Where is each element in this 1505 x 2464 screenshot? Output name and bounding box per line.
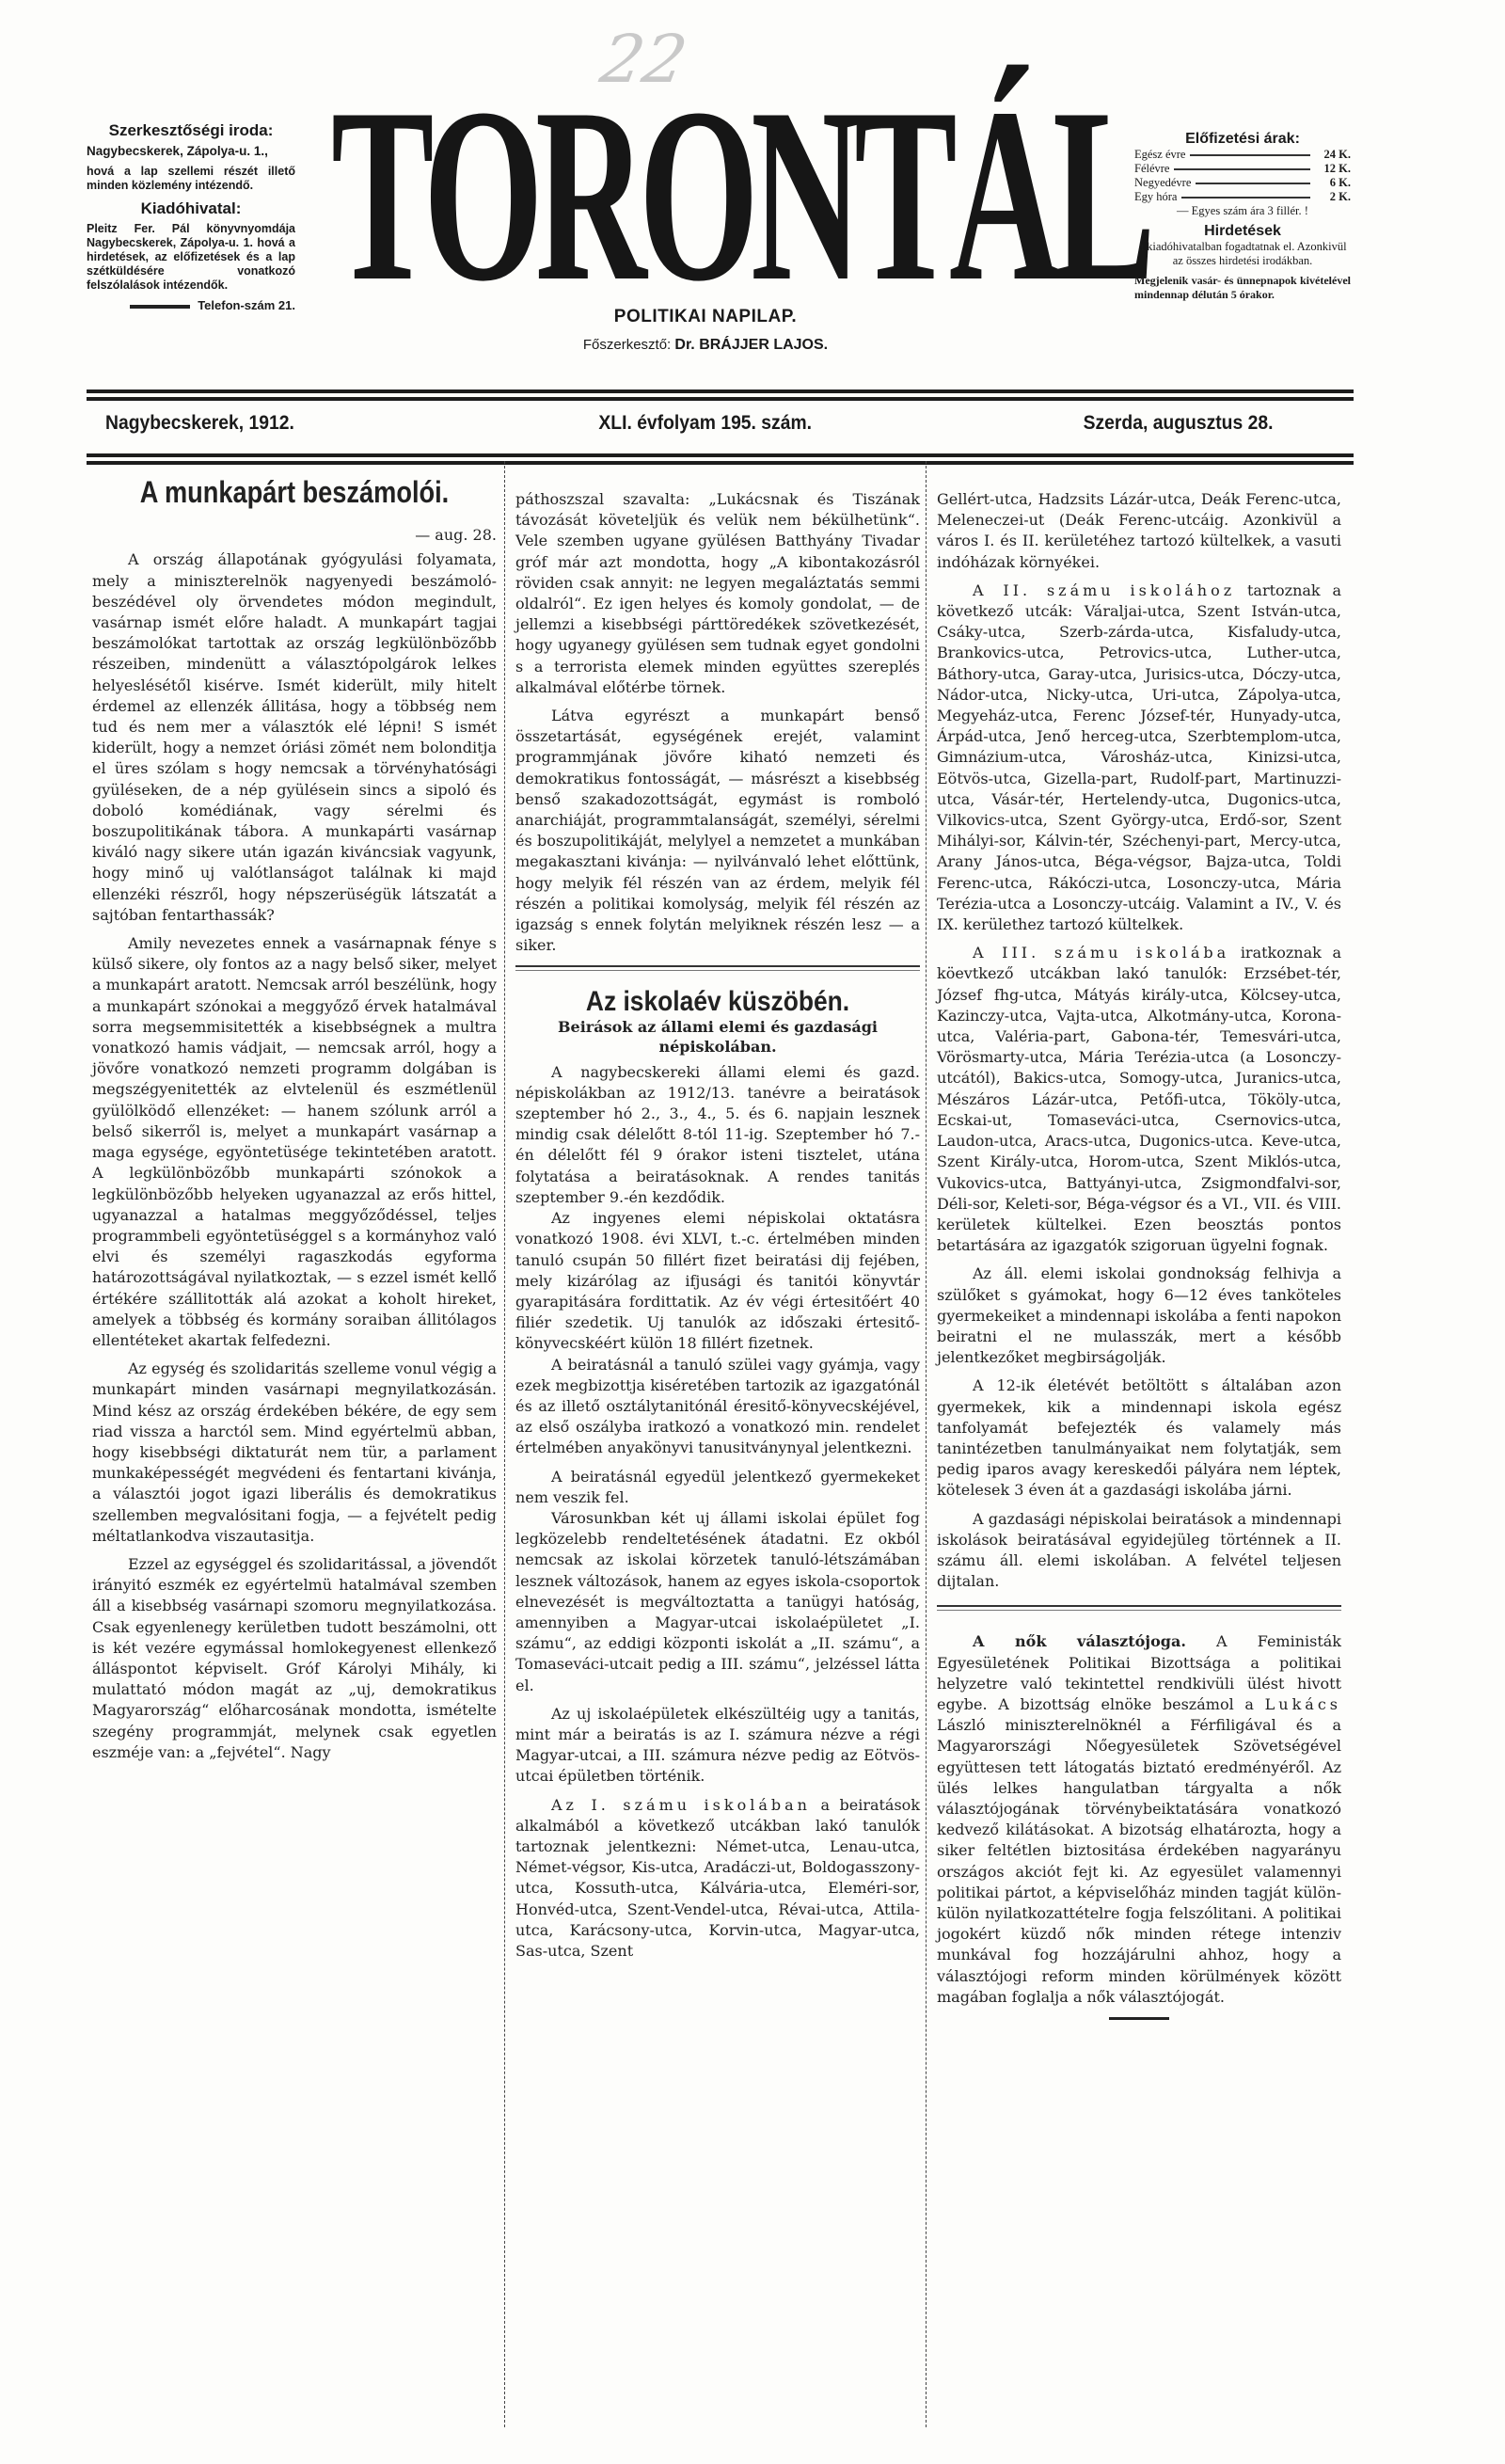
school-2-lead: A II. számu iskolához (973, 581, 1235, 599)
school-3-streets: iratkoznak a köevtkező utcákban lakó tan… (937, 944, 1341, 1254)
editor-in-chief: Főszerkesztő: Dr. BRÁJJER LAJOS. (329, 337, 1082, 354)
masthead-title: TORONTÁL (331, 102, 1084, 290)
article-paragraph: Az uj iskolaépületek elkészültéig ugy a … (515, 1704, 920, 1788)
article-paragraph: A nők választójoga. A Feministák Egyesül… (937, 1631, 1341, 2008)
article-title: A munkapárt beszámolói. (122, 482, 467, 502)
editorial-office-title: Szerkesztőségi iroda: (87, 120, 295, 141)
column-divider (504, 461, 506, 2427)
article-paragraph: A 12-ik életévét betöltött s általában a… (937, 1375, 1341, 1501)
article-paragraph: A gazdasági népiskolai beiratások a mind… (937, 1509, 1341, 1593)
dateline: Nagybecskerek, 1912. XLI. évfolyam 195. … (105, 412, 1230, 440)
article-separator (937, 1605, 1341, 1611)
article-paragraph: Az áll. elemi iskolai gondnokság felhivj… (937, 1264, 1341, 1368)
dateline-place-year: Nagybecskerek, 1912. (105, 412, 294, 435)
article-paragraph: A nagybecskereki állami elemi és gazd. n… (515, 1062, 920, 1208)
single-issue-price: — Egyes szám ára 3 fillér. ! (1134, 204, 1351, 218)
article-paragraph: Látva egyrészt a munkapárt benső összeta… (515, 706, 920, 956)
article-3-title: A nők választójoga. (973, 1632, 1186, 1650)
article-title: Az iskolaév küszöbén. (540, 992, 895, 1012)
column-3: Gellért-utca, Hadzsits Lázár-utca, Deák … (937, 489, 1341, 2020)
school-2-streets: tartoznak a következő utcák: Váraljai-ut… (937, 581, 1341, 933)
bottom-rule-1 (87, 453, 1354, 457)
editorial-office-address: Nagybecskerek, Zápolya-u. 1., (87, 144, 295, 159)
article-paragraph: Városunkban két uj állami iskolai épület… (515, 1508, 920, 1696)
article-paragraph: A beiratásnál egyedül jelentkező gyermek… (515, 1467, 920, 1508)
editor-name: Dr. BRÁJJER LAJOS. (674, 337, 828, 353)
column-divider (926, 461, 927, 2427)
top-rule-1 (87, 389, 1354, 393)
top-rule-2 (87, 397, 1354, 401)
editor-label: Főszerkesztő: (583, 337, 671, 353)
masthead-subtitle: POLITIKAI NAPILAP. (329, 307, 1082, 327)
article-separator (515, 965, 920, 971)
article-paragraph: Amily nevezetes ennek a vasárnapnak fény… (92, 933, 497, 1351)
column-2: páthoszszal szavalta: „Lukácsnak és Tisz… (515, 489, 920, 1962)
article-paragraph: A III. számu iskolába iratkoznak a köevt… (937, 943, 1341, 1256)
phone-number: Telefon-szám 21. (198, 298, 295, 312)
price-label: Egy hóra (1134, 190, 1177, 204)
article-3-name: Lukács (1265, 1695, 1341, 1713)
bottom-rule-2 (87, 461, 1354, 465)
school-3-lead: A III. számu iskolába (973, 944, 1229, 962)
price-value: 6 K. (1315, 176, 1351, 190)
subscription-box: Előfizetési árak: Egész évre24 K. Félévr… (1134, 132, 1351, 308)
publisher-office-title: Kiadóhivatal: (87, 199, 295, 219)
price-label: Negyedévre (1134, 176, 1191, 190)
article-3-text: László miniszterelnöknél a Férfiligával … (937, 1716, 1341, 2006)
article-subtitle: Beirások az állami elemi és gazdasági né… (515, 1017, 920, 1057)
ads-title: Hirdetések (1134, 224, 1351, 238)
decorative-bar (130, 305, 190, 309)
subscription-title: Előfizetési árak: (1134, 132, 1351, 146)
end-mark (1109, 2017, 1169, 2020)
price-label: Egész évre (1134, 148, 1185, 162)
price-value: 24 K. (1315, 148, 1351, 162)
article-paragraph: Az ingyenes elemi népiskolai oktatásra v… (515, 1208, 920, 1354)
publication-schedule: Megjelenik vasár- és ünnepnapok kivételé… (1134, 274, 1351, 302)
price-row: Negyedévre6 K. (1134, 176, 1351, 190)
article-paragraph: A beiratásnál a tanuló szülei vagy gyámj… (515, 1355, 920, 1459)
price-label: Félévre (1134, 162, 1169, 176)
article-date: — aug. 28. (92, 525, 497, 546)
article-paragraph: Gellért-utca, Hadzsits Lázár-utca, Deák … (937, 489, 1341, 573)
dateline-weekday-date: Szerda, augusztus 28. (1084, 412, 1274, 435)
price-value: 12 K. (1315, 162, 1351, 176)
ads-text: a kiadóhivatalban fogadtatnak el. Azonki… (1134, 240, 1351, 268)
article-paragraph: Az I. számu iskolában a beiratások alkal… (515, 1795, 920, 1963)
phone-line: Telefon-szám 21. (87, 298, 295, 312)
price-row: Egész évre24 K. (1134, 148, 1351, 162)
article-paragraph: A ország állapotának gyógyulási folyamat… (92, 549, 497, 926)
article-paragraph: Ezzel az egységgel és szolidaritással, a… (92, 1554, 497, 1763)
column-1: A munkapárt beszámolói. — aug. 28. A ors… (92, 470, 497, 1763)
dateline-volume-issue: XLI. évfolyam 195. szám. (598, 412, 812, 435)
editorial-office-box: Szerkesztőségi iroda: Nagybecskerek, Záp… (87, 120, 295, 312)
school-1-lead: Az I. számu iskolában (551, 1796, 811, 1814)
school-1-streets: a beiratások alkalmából a következő utcá… (515, 1796, 920, 1960)
article-paragraph: A II. számu iskolához tartoznak a követk… (937, 580, 1341, 935)
article-paragraph: Az egység és szolidaritás szelleme vonul… (92, 1359, 497, 1547)
price-row: Egy hóra2 K. (1134, 190, 1351, 204)
editorial-office-note: hová a lap szellemi részét illető minden… (87, 165, 295, 193)
price-value: 2 K. (1315, 190, 1351, 204)
article-paragraph: páthoszszal szavalta: „Lukácsnak és Tisz… (515, 489, 920, 698)
publisher-office-text: Pleitz Fer. Pál könyvnyomdája Nagybecske… (87, 222, 295, 293)
price-row: Félévre12 K. (1134, 162, 1351, 176)
